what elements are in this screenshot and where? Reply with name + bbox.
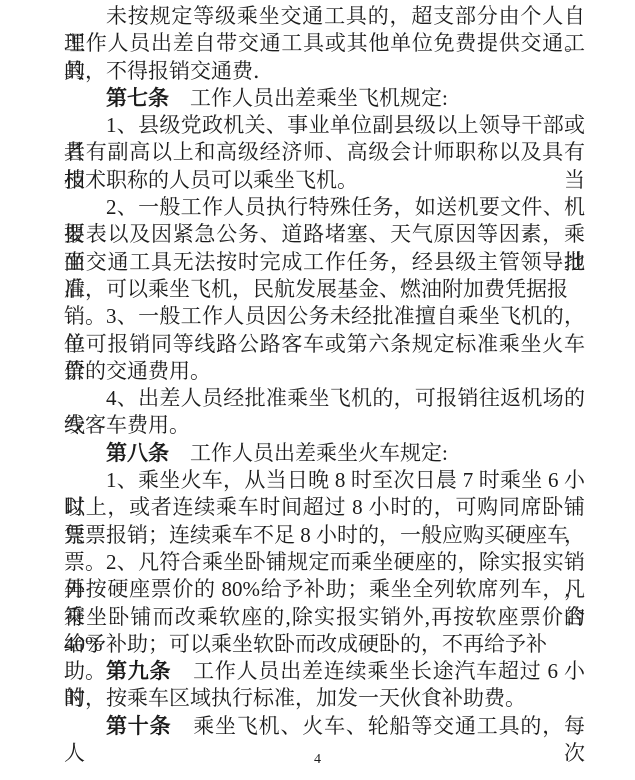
text-line: 1、县级党政机关、事业单位副县级以上领导干部或者 <box>64 112 585 139</box>
text-line: 的，不得报销交通费． <box>64 58 585 85</box>
text-line: 3、一般工作人员因公务未经批准擅自乘坐飞机的，单 <box>64 303 585 330</box>
text-line: 1、乘坐火车，从当日晚 8 时至次日晨 7 时乘坐 6 小时 <box>64 467 585 494</box>
text-line: 乘坐卧铺而改乘软座的,除实报实销外,再按软座票价的 40% <box>64 604 585 631</box>
text-line: 2、一般工作人员执行特殊任务，如送机要文件、机要 <box>64 194 585 221</box>
document-body: 未按规定等级乘坐交通工具的，超支部分由个人自理。 工作人员出差自带交通工具或其他… <box>64 3 585 740</box>
text-line: 报表以及因紧急公务、道路堵塞、天气原因等因素，乘坐地 <box>64 221 585 248</box>
text-line: 价的交通费用。 <box>64 358 585 385</box>
text-line: 的，按乘车区域执行标准，加发一天伙食补助费。 <box>64 685 585 712</box>
text-line: 面交通工具无法按时完成工作任务，经县级主管领导批准 <box>64 249 585 276</box>
text-line: 后，可以乘坐飞机，民航发展基金、燃油附加费凭据报销。 <box>64 276 585 303</box>
text-line: 未按规定等级乘坐交通工具的，超支部分由个人自理。 <box>64 3 585 30</box>
text-line: 再按硬座票价的 80%给予补助；乘坐全列软席列车，凡符合 <box>64 576 585 603</box>
text-line: 线客车费用。 <box>64 412 585 439</box>
text-line: 4、出差人员经批准乘坐飞机的，可报销往返机场的专 <box>64 385 585 412</box>
text-line: 具有副高以上和高级经济师、高级会计师职称以及具有相当 <box>64 139 585 166</box>
text-line: 第十条 乘坐飞机、火车、轮船等交通工具的，每人次 <box>64 713 585 740</box>
text-line: 凭票报销；连续乘车不足 8 小时的，一般应购买硬座车票。 <box>64 522 585 549</box>
text-line: 第九条 工作人员出差连续乘坐长途汽车超过 6 小时 <box>64 658 585 685</box>
article-label: 第十条 <box>106 714 171 738</box>
text-line: 给予补助；可以乘坐软卧而改成硬卧的，不再给予补助。 <box>64 631 585 658</box>
article-label: 第八条 <box>106 441 169 465</box>
text-line: 第七条 工作人员出差乘坐飞机规定: <box>64 85 585 112</box>
text-line: 第八条 工作人员出差乘坐火车规定: <box>64 440 585 467</box>
text-line: 以上，或者连续乘车时间超过 8 小时的，可购同席卧铺票， <box>64 494 585 521</box>
document-page: 未按规定等级乘坐交通工具的，超支部分由个人自理。 工作人员出差自带交通工具或其他… <box>0 0 635 780</box>
article-label: 第九条 <box>106 659 171 683</box>
text-line: 工作人员出差自带交通工具或其他单位免费提供交通工具 <box>64 30 585 57</box>
text-line: 位可报销同等线路公路客车或第六条规定标准乘坐火车票 <box>64 331 585 358</box>
text-line: 2、凡符合乘坐卧铺规定而乘坐硬座的，除实报实销外， <box>64 549 585 576</box>
article-label: 第七条 <box>106 86 169 110</box>
page-number: 4 <box>0 752 635 768</box>
